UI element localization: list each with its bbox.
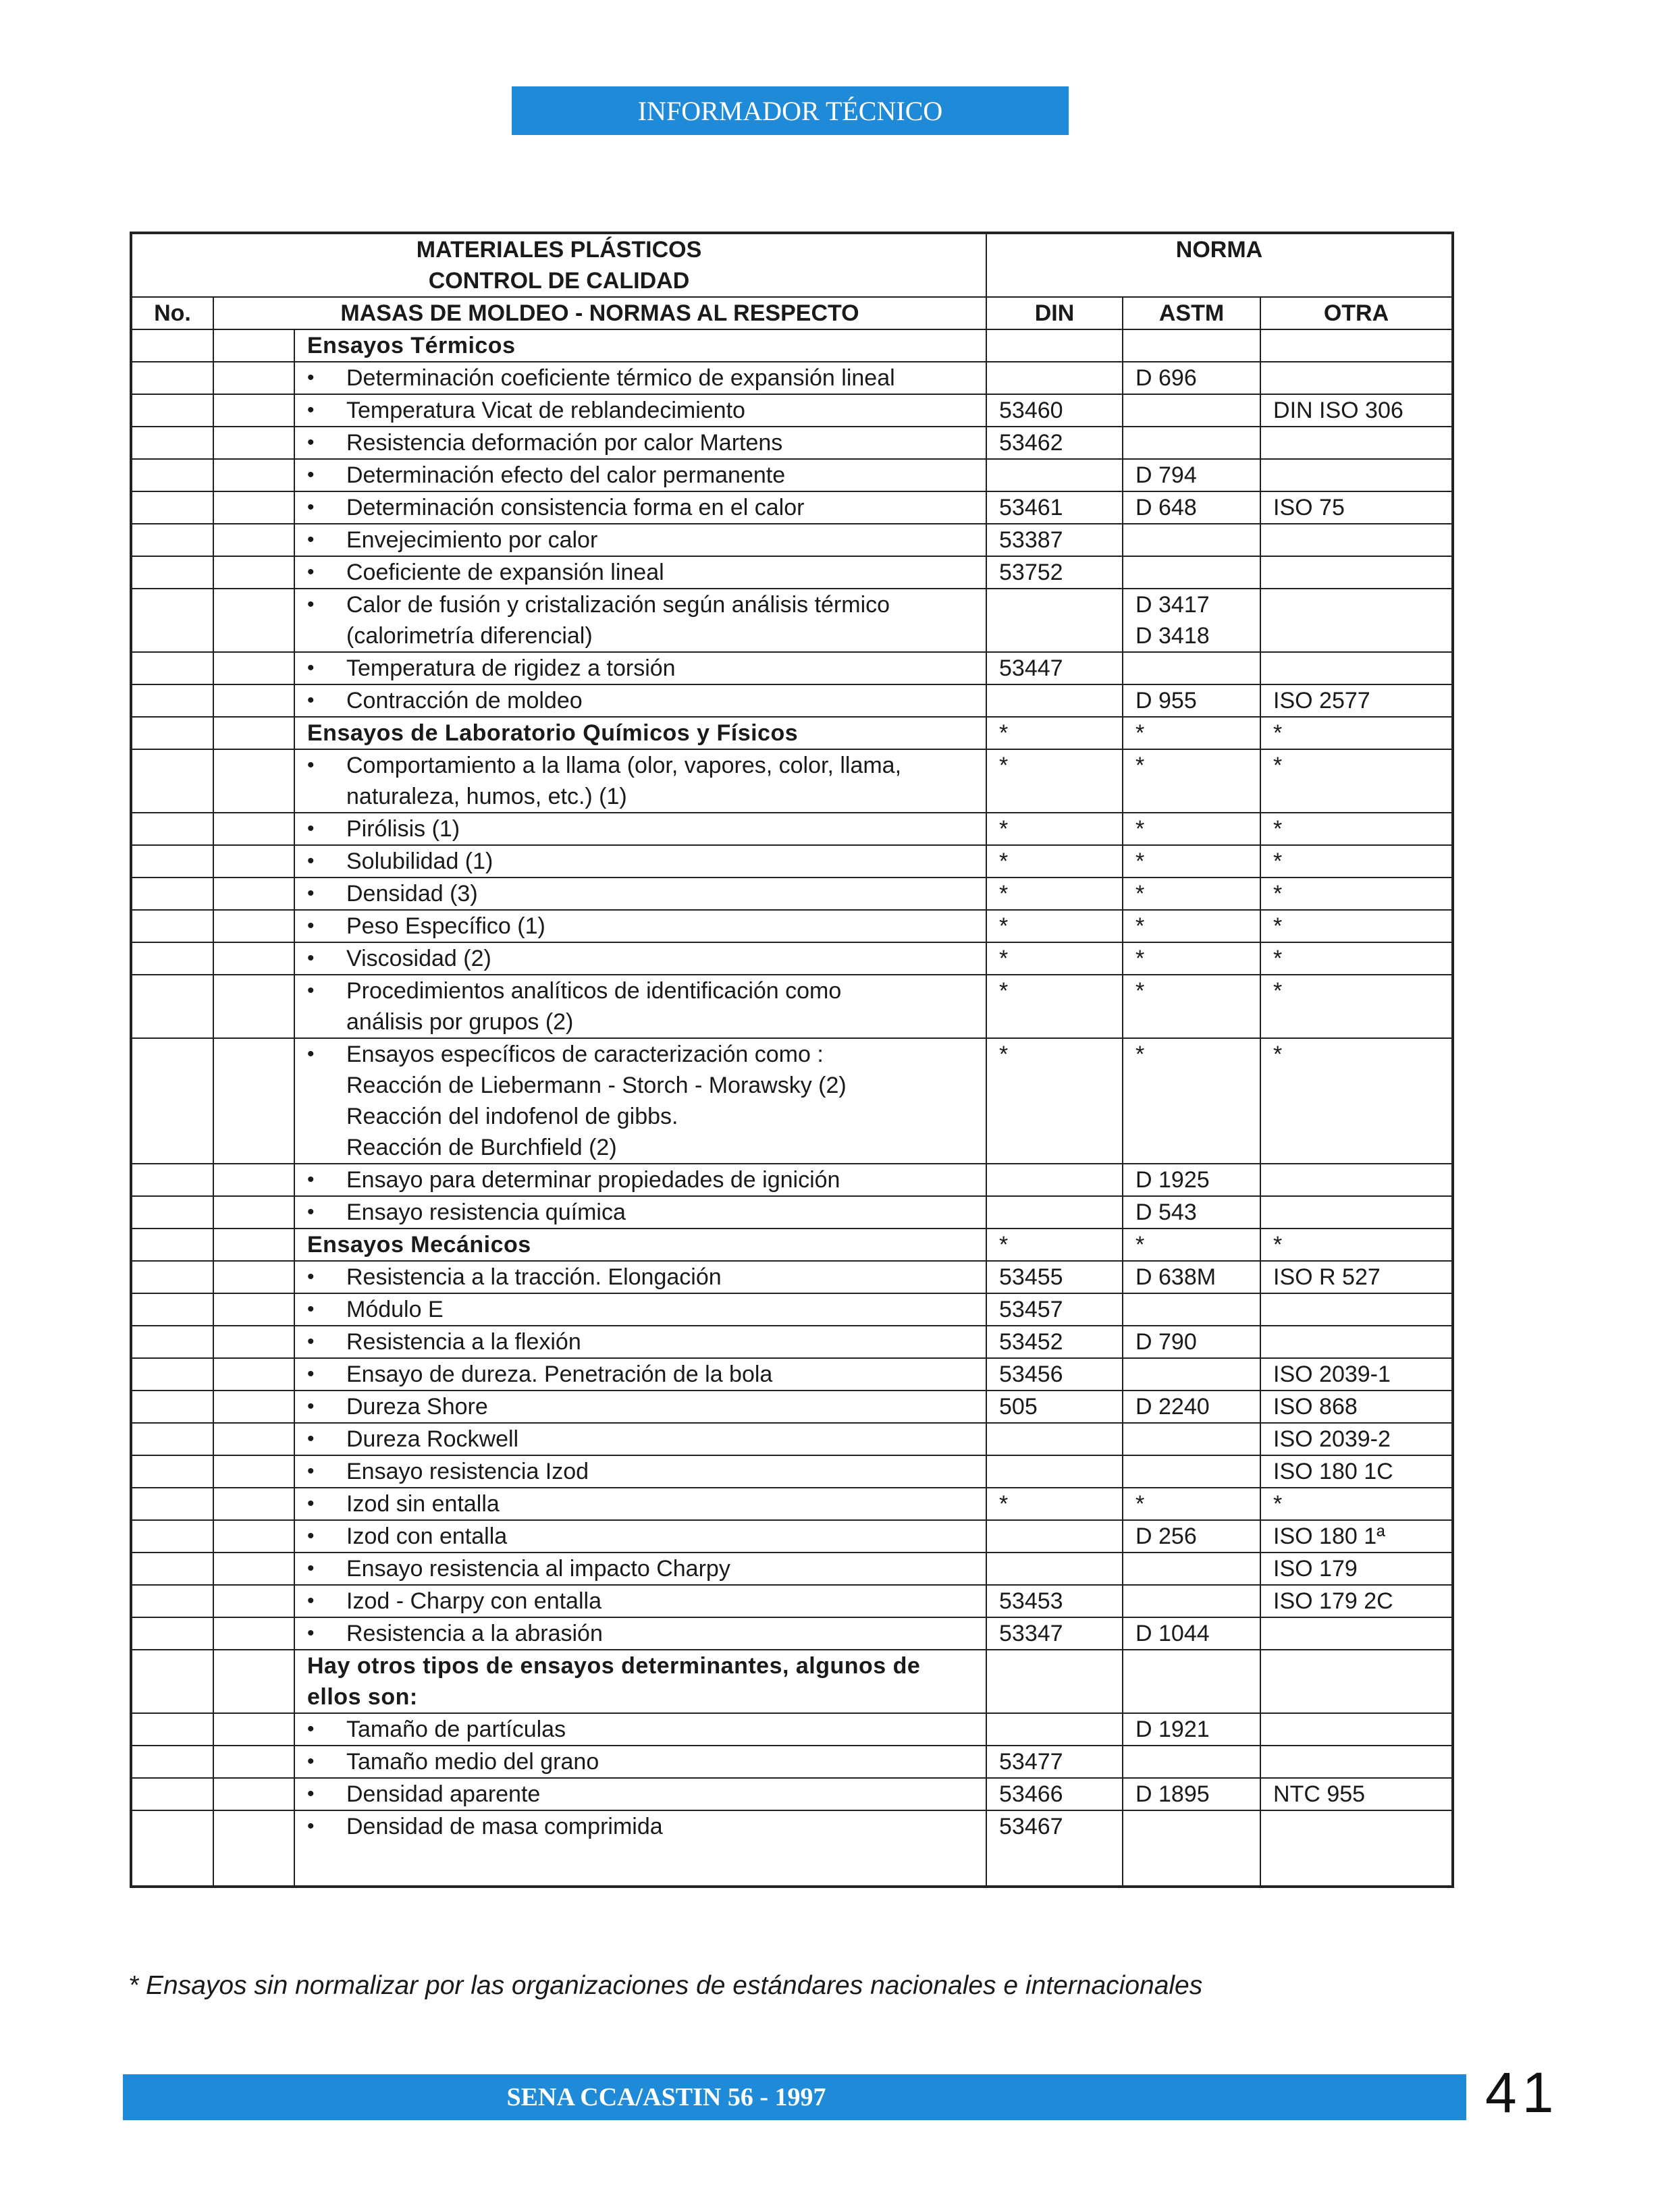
norm-astm-cell: * bbox=[1123, 942, 1260, 975]
norm-din-cell: 53462 bbox=[986, 427, 1123, 459]
table-row: •Peso Específico (1)*** bbox=[131, 910, 1453, 942]
bullet-icon: • bbox=[307, 427, 346, 458]
norm-astm-cell: D 1895 bbox=[1123, 1778, 1260, 1810]
norm-din-cell: 53477 bbox=[986, 1746, 1123, 1778]
norm-otra-cell: ISO 2039-1 bbox=[1260, 1358, 1453, 1391]
norm-astm-cell bbox=[1123, 1358, 1260, 1391]
row-blank-cell bbox=[213, 556, 294, 589]
norm-astm-cell: * bbox=[1123, 845, 1260, 878]
row-description-text: Ensayo resistencia química bbox=[346, 1197, 626, 1228]
row-description: •Determinación coeficiente térmico de ex… bbox=[294, 362, 986, 394]
bullet-icon: • bbox=[307, 1197, 346, 1228]
row-number-cell bbox=[131, 813, 213, 845]
norm-astm-cell: D 3417 D 3418 bbox=[1123, 589, 1260, 652]
row-blank-cell bbox=[213, 1617, 294, 1650]
table-row: •Tamaño de partículasD 1921 bbox=[131, 1713, 1453, 1746]
row-description-text: Densidad aparente bbox=[346, 1779, 540, 1810]
row-blank-cell bbox=[213, 427, 294, 459]
row-description: •Tamaño medio del grano bbox=[294, 1746, 986, 1778]
col-header-description: MASAS DE MOLDEO - NORMAS AL RESPECTO bbox=[213, 297, 986, 329]
row-number-cell bbox=[131, 1164, 213, 1196]
row-description-text: Solubilidad (1) bbox=[346, 846, 493, 877]
col-header-astm: ASTM bbox=[1123, 297, 1260, 329]
norm-otra-cell bbox=[1260, 652, 1453, 684]
norm-otra-cell: ISO 179 2C bbox=[1260, 1585, 1453, 1617]
row-description-text: Procedimientos analíticos de identificac… bbox=[346, 975, 841, 1037]
norm-otra-cell bbox=[1260, 362, 1453, 394]
norm-astm-cell: * bbox=[1123, 813, 1260, 845]
norm-din-cell: 53752 bbox=[986, 556, 1123, 589]
row-description: •Resistencia a la flexión bbox=[294, 1326, 986, 1358]
bullet-icon: • bbox=[307, 1553, 346, 1584]
norm-astm-cell: D 794 bbox=[1123, 459, 1260, 491]
row-description: Ensayos Térmicos bbox=[294, 329, 986, 362]
row-description: •Ensayo resistencia Izod bbox=[294, 1455, 986, 1488]
row-description: •Densidad aparente bbox=[294, 1778, 986, 1810]
norm-din-cell: * bbox=[986, 813, 1123, 845]
table-row: •Izod sin entalla*** bbox=[131, 1488, 1453, 1520]
row-description: •Determinación efecto del calor permanen… bbox=[294, 459, 986, 491]
row-description: •Resistencia a la tracción. Elongación bbox=[294, 1261, 986, 1293]
row-description: •Dureza Rockwell bbox=[294, 1423, 986, 1455]
table-row: •Temperatura de rigidez a torsión53447 bbox=[131, 652, 1453, 684]
row-description-text: Ensayo resistencia Izod bbox=[346, 1456, 589, 1487]
standards-table: MATERIALES PLÁSTICOS CONTROL DE CALIDAD … bbox=[130, 232, 1454, 1888]
row-description-text: Módulo E bbox=[346, 1294, 444, 1325]
norm-din-cell bbox=[986, 362, 1123, 394]
norm-otra-cell: * bbox=[1260, 910, 1453, 942]
table-title-line-2: CONTROL DE CALIDAD bbox=[144, 265, 973, 296]
bullet-icon: • bbox=[307, 1456, 346, 1487]
norm-otra-cell: ISO 180 1C bbox=[1260, 1455, 1453, 1488]
row-blank-cell bbox=[213, 1455, 294, 1488]
row-number-cell bbox=[131, 1746, 213, 1778]
row-description: •Envejecimiento por calor bbox=[294, 524, 986, 556]
row-description: •Procedimientos analíticos de identifica… bbox=[294, 975, 986, 1038]
norm-otra-cell bbox=[1260, 1617, 1453, 1650]
norm-din-cell: * bbox=[986, 1038, 1123, 1164]
row-blank-cell bbox=[213, 1810, 294, 1887]
table-row: •Izod con entallaD 256ISO 180 1ª bbox=[131, 1520, 1453, 1553]
norm-astm-cell bbox=[1123, 1553, 1260, 1585]
bullet-icon: • bbox=[307, 362, 346, 394]
bullet-icon: • bbox=[307, 1618, 346, 1649]
row-description: •Temperatura de rigidez a torsión bbox=[294, 652, 986, 684]
norm-din-cell: * bbox=[986, 942, 1123, 975]
norm-astm-cell: * bbox=[1123, 1038, 1260, 1164]
row-blank-cell bbox=[213, 329, 294, 362]
row-description-text: Resistencia a la abrasión bbox=[346, 1618, 603, 1649]
bullet-icon: • bbox=[307, 589, 346, 651]
row-number-cell bbox=[131, 942, 213, 975]
norm-din-cell: 53453 bbox=[986, 1585, 1123, 1617]
header-banner: INFORMADOR TÉCNICO bbox=[512, 86, 1069, 135]
row-description: •Izod con entalla bbox=[294, 1520, 986, 1553]
norm-din-cell bbox=[986, 1713, 1123, 1746]
row-description-text: Dureza Rockwell bbox=[346, 1424, 518, 1455]
table-row: •Dureza RockwellISO 2039-2 bbox=[131, 1423, 1453, 1455]
norm-otra-cell bbox=[1260, 329, 1453, 362]
row-number-cell bbox=[131, 1778, 213, 1810]
norm-din-cell: * bbox=[986, 910, 1123, 942]
row-number-cell bbox=[131, 394, 213, 427]
row-number-cell bbox=[131, 556, 213, 589]
bullet-icon: • bbox=[307, 1424, 346, 1455]
row-description: •Ensayo para determinar propiedades de i… bbox=[294, 1164, 986, 1196]
norm-otra-cell bbox=[1260, 1746, 1453, 1778]
row-description: •Solubilidad (1) bbox=[294, 845, 986, 878]
norm-din-cell: 53347 bbox=[986, 1617, 1123, 1650]
row-description-text: Calor de fusión y cristalización según a… bbox=[346, 589, 890, 651]
row-number-cell bbox=[131, 684, 213, 717]
row-number-cell bbox=[131, 910, 213, 942]
row-description-text: Pirólisis (1) bbox=[346, 813, 460, 844]
row-number-cell bbox=[131, 845, 213, 878]
table-title: MATERIALES PLÁSTICOS CONTROL DE CALIDAD bbox=[131, 233, 986, 297]
bullet-icon: • bbox=[307, 1488, 346, 1519]
row-description-text: Viscosidad (2) bbox=[346, 943, 491, 974]
norm-din-cell bbox=[986, 1164, 1123, 1196]
row-number-cell bbox=[131, 975, 213, 1038]
row-blank-cell bbox=[213, 652, 294, 684]
row-description: •Módulo E bbox=[294, 1293, 986, 1326]
norm-din-cell: 53460 bbox=[986, 394, 1123, 427]
row-blank-cell bbox=[213, 942, 294, 975]
norm-otra-cell bbox=[1260, 556, 1453, 589]
section-row: Ensayos Térmicos bbox=[131, 329, 1453, 362]
norm-otra-cell: * bbox=[1260, 975, 1453, 1038]
table-row: •Ensayo para determinar propiedades de i… bbox=[131, 1164, 1453, 1196]
bullet-icon: • bbox=[307, 1811, 346, 1842]
norm-astm-cell: * bbox=[1123, 717, 1260, 749]
bullet-icon: • bbox=[307, 911, 346, 942]
row-number-cell bbox=[131, 459, 213, 491]
norm-din-cell bbox=[986, 1520, 1123, 1553]
table-row: •Calor de fusión y cristalización según … bbox=[131, 589, 1453, 652]
norm-otra-cell: ISO 2577 bbox=[1260, 684, 1453, 717]
table-title-line-1: MATERIALES PLÁSTICOS bbox=[144, 234, 973, 265]
row-description-text: Izod con entalla bbox=[346, 1521, 507, 1552]
row-number-cell bbox=[131, 1520, 213, 1553]
bullet-icon: • bbox=[307, 1521, 346, 1552]
norm-otra-cell bbox=[1260, 1196, 1453, 1229]
table-row: •Ensayo resistencia IzodISO 180 1C bbox=[131, 1455, 1453, 1488]
norm-astm-cell: * bbox=[1123, 975, 1260, 1038]
row-blank-cell bbox=[213, 1778, 294, 1810]
norm-astm-cell bbox=[1123, 1650, 1260, 1713]
row-number-cell bbox=[131, 491, 213, 524]
norm-otra-cell: ISO 75 bbox=[1260, 491, 1453, 524]
norm-din-cell: * bbox=[986, 1229, 1123, 1261]
norm-din-cell: 53447 bbox=[986, 652, 1123, 684]
row-description: •Ensayo de dureza. Penetración de la bol… bbox=[294, 1358, 986, 1391]
bullet-icon: • bbox=[307, 1039, 346, 1163]
row-number-cell bbox=[131, 1585, 213, 1617]
bullet-icon: • bbox=[307, 524, 346, 556]
norm-astm-cell bbox=[1123, 1455, 1260, 1488]
table-row: •Determinación coeficiente térmico de ex… bbox=[131, 362, 1453, 394]
table-row: •Temperatura Vicat de reblandecimiento53… bbox=[131, 394, 1453, 427]
table-row: •Ensayo de dureza. Penetración de la bol… bbox=[131, 1358, 1453, 1391]
row-description: •Contracción de moldeo bbox=[294, 684, 986, 717]
row-description: •Calor de fusión y cristalización según … bbox=[294, 589, 986, 652]
norm-din-cell: * bbox=[986, 878, 1123, 910]
page-number: 41 bbox=[1485, 2060, 1559, 2126]
norm-astm-cell bbox=[1123, 556, 1260, 589]
row-blank-cell bbox=[213, 524, 294, 556]
table-row: •Viscosidad (2)*** bbox=[131, 942, 1453, 975]
norm-din-cell: 53467 bbox=[986, 1810, 1123, 1887]
bullet-icon: • bbox=[307, 460, 346, 491]
row-description: Ensayos Mecánicos bbox=[294, 1229, 986, 1261]
row-number-cell bbox=[131, 1650, 213, 1713]
bullet-icon: • bbox=[307, 975, 346, 1037]
norm-otra-cell bbox=[1260, 1164, 1453, 1196]
row-description-text: Determinación efecto del calor permanent… bbox=[346, 460, 785, 491]
row-description-text: Dureza Shore bbox=[346, 1391, 488, 1422]
norm-astm-cell: * bbox=[1123, 1488, 1260, 1520]
norm-astm-cell: * bbox=[1123, 749, 1260, 813]
norm-din-cell bbox=[986, 589, 1123, 652]
row-blank-cell bbox=[213, 1038, 294, 1164]
row-description: •Viscosidad (2) bbox=[294, 942, 986, 975]
row-blank-cell bbox=[213, 1293, 294, 1326]
norm-otra-cell: * bbox=[1260, 942, 1453, 975]
table-row: •Envejecimiento por calor53387 bbox=[131, 524, 1453, 556]
norm-din-cell: * bbox=[986, 975, 1123, 1038]
row-description-text: Izod - Charpy con entalla bbox=[346, 1586, 601, 1617]
row-description-text: Ensayo para determinar propiedades de ig… bbox=[346, 1164, 840, 1195]
row-description: •Izod sin entalla bbox=[294, 1488, 986, 1520]
row-number-cell bbox=[131, 1423, 213, 1455]
row-number-cell bbox=[131, 1229, 213, 1261]
norm-astm-cell: D 1925 bbox=[1123, 1164, 1260, 1196]
section-row: Ensayos de Laboratorio Químicos y Físico… bbox=[131, 717, 1453, 749]
table-row: •Dureza Shore505D 2240ISO 868 bbox=[131, 1391, 1453, 1423]
row-blank-cell bbox=[213, 1358, 294, 1391]
table-row: •Solubilidad (1)*** bbox=[131, 845, 1453, 878]
bullet-icon: • bbox=[307, 813, 346, 844]
row-number-cell bbox=[131, 1326, 213, 1358]
row-number-cell bbox=[131, 717, 213, 749]
row-number-cell bbox=[131, 1196, 213, 1229]
col-header-no: No. bbox=[131, 297, 213, 329]
norm-otra-cell bbox=[1260, 524, 1453, 556]
row-number-cell bbox=[131, 329, 213, 362]
bullet-icon: • bbox=[307, 1714, 346, 1745]
row-description-text: Peso Específico (1) bbox=[346, 911, 545, 942]
row-description-text: Determinación coeficiente térmico de exp… bbox=[346, 362, 895, 394]
row-blank-cell bbox=[213, 1488, 294, 1520]
row-description-text: Temperatura de rigidez a torsión bbox=[346, 653, 676, 684]
norm-otra-cell: * bbox=[1260, 813, 1453, 845]
norm-otra-cell: * bbox=[1260, 1488, 1453, 1520]
row-number-cell bbox=[131, 1358, 213, 1391]
norm-otra-cell: DIN ISO 306 bbox=[1260, 394, 1453, 427]
norm-otra-cell bbox=[1260, 1293, 1453, 1326]
norm-astm-cell: D 790 bbox=[1123, 1326, 1260, 1358]
row-number-cell bbox=[131, 1810, 213, 1887]
bullet-icon: • bbox=[307, 1586, 346, 1617]
row-description-text: Coeficiente de expansión lineal bbox=[346, 557, 664, 588]
row-blank-cell bbox=[213, 1391, 294, 1423]
row-description-text: Contracción de moldeo bbox=[346, 685, 583, 716]
row-description: Hay otros tipos de ensayos determinantes… bbox=[294, 1650, 986, 1713]
table-row: •Ensayo resistencia al impacto CharpyISO… bbox=[131, 1553, 1453, 1585]
row-blank-cell bbox=[213, 717, 294, 749]
norm-din-cell: * bbox=[986, 845, 1123, 878]
row-blank-cell bbox=[213, 1650, 294, 1713]
table-row: •Módulo E53457 bbox=[131, 1293, 1453, 1326]
row-blank-cell bbox=[213, 878, 294, 910]
norm-astm-cell bbox=[1123, 427, 1260, 459]
norm-otra-cell bbox=[1260, 1713, 1453, 1746]
row-description-text: Tamaño medio del grano bbox=[346, 1746, 599, 1777]
footer-banner-text: SENA CCA/ASTIN 56 - 1997 bbox=[507, 2082, 826, 2112]
norm-otra-cell: * bbox=[1260, 845, 1453, 878]
norm-otra-cell bbox=[1260, 1810, 1453, 1887]
norm-otra-cell bbox=[1260, 1650, 1453, 1713]
bullet-icon: • bbox=[307, 750, 346, 812]
row-number-cell bbox=[131, 1488, 213, 1520]
row-description-text: Ensayo de dureza. Penetración de la bola bbox=[346, 1359, 772, 1390]
row-description: •Pirólisis (1) bbox=[294, 813, 986, 845]
norm-din-cell bbox=[986, 1553, 1123, 1585]
bullet-icon: • bbox=[307, 1262, 346, 1293]
norm-din-cell bbox=[986, 1455, 1123, 1488]
norm-astm-cell: * bbox=[1123, 878, 1260, 910]
row-blank-cell bbox=[213, 910, 294, 942]
row-number-cell bbox=[131, 1293, 213, 1326]
norm-otra-cell: * bbox=[1260, 878, 1453, 910]
table-row: •Comportamiento a la llama (olor, vapore… bbox=[131, 749, 1453, 813]
row-number-cell bbox=[131, 1617, 213, 1650]
norm-din-cell: 53457 bbox=[986, 1293, 1123, 1326]
row-description-text: Resistencia deformación por calor Marten… bbox=[346, 427, 782, 458]
row-description: •Tamaño de partículas bbox=[294, 1713, 986, 1746]
row-blank-cell bbox=[213, 362, 294, 394]
row-blank-cell bbox=[213, 1196, 294, 1229]
row-number-cell bbox=[131, 427, 213, 459]
row-blank-cell bbox=[213, 845, 294, 878]
row-description-text: Ensayos específicos de caracterización c… bbox=[346, 1039, 847, 1163]
norm-din-cell: * bbox=[986, 1488, 1123, 1520]
norm-otra-cell: ISO R 527 bbox=[1260, 1261, 1453, 1293]
row-description: •Densidad (3) bbox=[294, 878, 986, 910]
norm-din-cell bbox=[986, 1650, 1123, 1713]
col-header-din: DIN bbox=[986, 297, 1123, 329]
row-blank-cell bbox=[213, 1520, 294, 1553]
norm-otra-cell: * bbox=[1260, 1038, 1453, 1164]
norm-din-cell: 53466 bbox=[986, 1778, 1123, 1810]
row-blank-cell bbox=[213, 1423, 294, 1455]
norm-din-cell bbox=[986, 1423, 1123, 1455]
norm-otra-cell: ISO 2039-2 bbox=[1260, 1423, 1453, 1455]
norm-din-cell: 53456 bbox=[986, 1358, 1123, 1391]
row-description: •Peso Específico (1) bbox=[294, 910, 986, 942]
bullet-icon: • bbox=[307, 846, 346, 877]
row-blank-cell bbox=[213, 491, 294, 524]
row-description: Ensayos de Laboratorio Químicos y Físico… bbox=[294, 717, 986, 749]
norm-astm-cell: D 696 bbox=[1123, 362, 1260, 394]
row-number-cell bbox=[131, 1713, 213, 1746]
section-row: Ensayos Mecánicos*** bbox=[131, 1229, 1453, 1261]
row-description: •Izod - Charpy con entalla bbox=[294, 1585, 986, 1617]
row-blank-cell bbox=[213, 394, 294, 427]
row-blank-cell bbox=[213, 975, 294, 1038]
row-description: •Coeficiente de expansión lineal bbox=[294, 556, 986, 589]
row-description: •Densidad de masa comprimida bbox=[294, 1810, 986, 1887]
bullet-icon: • bbox=[307, 943, 346, 974]
row-blank-cell bbox=[213, 749, 294, 813]
norm-din-cell: 53461 bbox=[986, 491, 1123, 524]
table-row: •Resistencia a la tracción. Elongación53… bbox=[131, 1261, 1453, 1293]
row-number-cell bbox=[131, 749, 213, 813]
norm-din-cell bbox=[986, 684, 1123, 717]
header-banner-title: INFORMADOR TÉCNICO bbox=[638, 95, 943, 127]
norm-otra-cell: * bbox=[1260, 717, 1453, 749]
row-blank-cell bbox=[213, 1261, 294, 1293]
row-number-cell bbox=[131, 652, 213, 684]
norm-astm-cell bbox=[1123, 1293, 1260, 1326]
footnote: * Ensayos sin normalizar por las organiz… bbox=[128, 1971, 1202, 2001]
row-description-text: Comportamiento a la llama (olor, vapores… bbox=[346, 750, 901, 812]
bullet-icon: • bbox=[307, 557, 346, 588]
norm-otra-cell: ISO 180 1ª bbox=[1260, 1520, 1453, 1553]
row-description-text: Resistencia a la tracción. Elongación bbox=[346, 1262, 722, 1293]
row-description: •Ensayos específicos de caracterización … bbox=[294, 1038, 986, 1164]
row-description: •Dureza Shore bbox=[294, 1391, 986, 1423]
norm-otra-cell bbox=[1260, 1326, 1453, 1358]
row-blank-cell bbox=[213, 1164, 294, 1196]
table-row: •Ensayos específicos de caracterización … bbox=[131, 1038, 1453, 1164]
row-number-cell bbox=[131, 1038, 213, 1164]
row-number-cell bbox=[131, 1455, 213, 1488]
bullet-icon: • bbox=[307, 1391, 346, 1422]
norm-astm-cell: D 2240 bbox=[1123, 1391, 1260, 1423]
table-title-row: MATERIALES PLÁSTICOS CONTROL DE CALIDAD … bbox=[131, 233, 1453, 297]
row-blank-cell bbox=[213, 1553, 294, 1585]
row-blank-cell bbox=[213, 1229, 294, 1261]
table-row: •Resistencia deformación por calor Marte… bbox=[131, 427, 1453, 459]
norm-astm-cell: D 955 bbox=[1123, 684, 1260, 717]
table-row: •Resistencia a la flexión53452D 790 bbox=[131, 1326, 1453, 1358]
table-row: •Pirólisis (1)*** bbox=[131, 813, 1453, 845]
row-description-text: Temperatura Vicat de reblandecimiento bbox=[346, 395, 745, 426]
table-body: Ensayos Térmicos•Determinación coeficien… bbox=[131, 329, 1453, 1887]
table-row: •Ensayo resistencia químicaD 543 bbox=[131, 1196, 1453, 1229]
row-blank-cell bbox=[213, 813, 294, 845]
col-header-otra: OTRA bbox=[1260, 297, 1453, 329]
norm-astm-cell: * bbox=[1123, 1229, 1260, 1261]
row-description-text: Determinación consistencia forma en el c… bbox=[346, 492, 804, 523]
table-row: •Densidad de masa comprimida53467 bbox=[131, 1810, 1453, 1887]
norm-astm-cell bbox=[1123, 1810, 1260, 1887]
norm-din-cell: * bbox=[986, 749, 1123, 813]
table-row: •Coeficiente de expansión lineal53752 bbox=[131, 556, 1453, 589]
norm-astm-cell bbox=[1123, 1746, 1260, 1778]
row-blank-cell bbox=[213, 684, 294, 717]
row-blank-cell bbox=[213, 459, 294, 491]
norm-astm-cell: D 1921 bbox=[1123, 1713, 1260, 1746]
row-number-cell bbox=[131, 1261, 213, 1293]
bullet-icon: • bbox=[307, 1164, 346, 1195]
bullet-icon: • bbox=[307, 878, 346, 909]
table-row: •Contracción de moldeoD 955ISO 2577 bbox=[131, 684, 1453, 717]
row-number-cell bbox=[131, 1553, 213, 1585]
norm-astm-cell bbox=[1123, 394, 1260, 427]
norm-otra-cell bbox=[1260, 427, 1453, 459]
